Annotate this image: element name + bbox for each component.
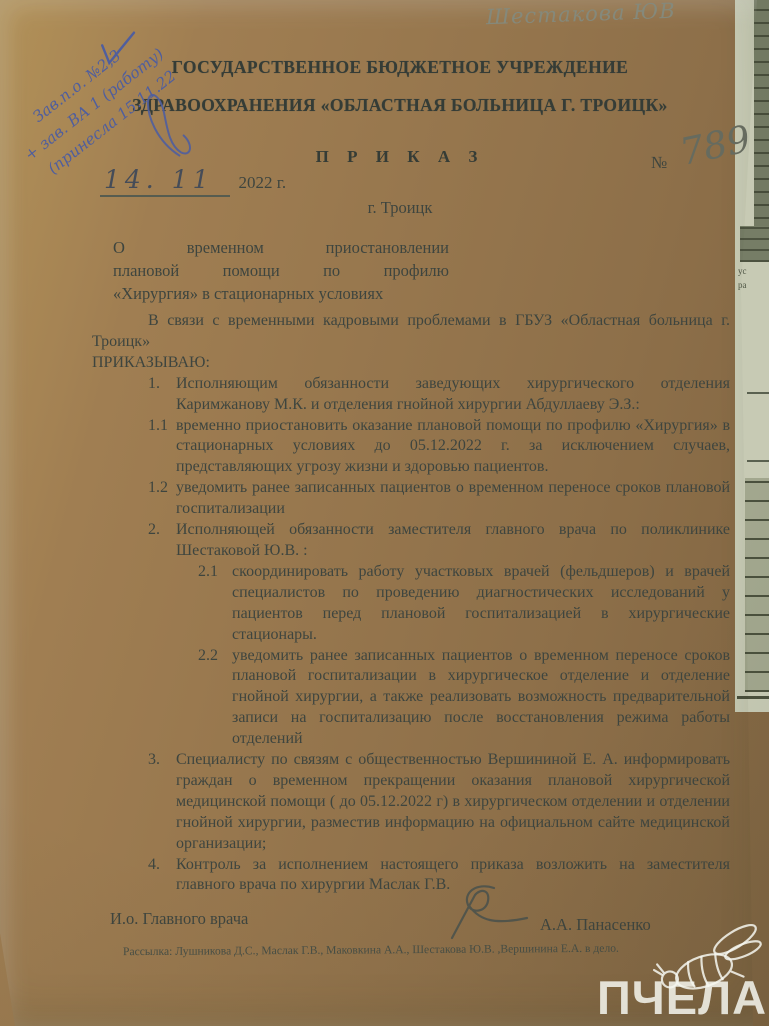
item-number: 1.1 (148, 416, 176, 479)
order-number-label: № (651, 153, 667, 173)
date-row: 14. 11 2022 г. (100, 165, 286, 197)
item-number: 2. (148, 520, 176, 562)
item-number: 1.2 (148, 478, 176, 520)
date-year: 2022 г. (239, 173, 287, 192)
side-document-table-rows (745, 478, 769, 692)
order-item: 1.1 временно приостановить оказание план… (148, 416, 730, 479)
side-document-grid-block (740, 226, 769, 262)
item-text: Исполняющим обязанности заведующих хирур… (176, 374, 730, 416)
margin-checkmark-icon (93, 23, 140, 73)
signature-title: И.о. Главного врача (110, 909, 248, 929)
side-document-rule (747, 392, 769, 394)
item-text: Исполняющей обязанности заместителя глав… (176, 520, 730, 562)
item-text: уведомить ранее записанных пациентов о в… (176, 478, 730, 520)
city-line: г. Троицк (20, 198, 769, 218)
side-document-grid-top (754, 0, 769, 232)
item-number: 2.1 (198, 562, 232, 646)
subject-block: О временном приостановлении плановой пом… (113, 236, 449, 305)
item-number: 1. (148, 374, 176, 416)
subject-line: плановой помощи по профилю (113, 259, 449, 282)
side-document-rule (747, 460, 769, 462)
watermark-text: ПЧЕЛА (597, 970, 767, 1025)
order-item: 1. Исполняющим обязанности заведующих хи… (148, 374, 730, 416)
order-item: 1.2 уведомить ранее записанных пациентов… (148, 478, 730, 520)
order-subitem: 2.1 скоординировать работу участковых вр… (198, 562, 730, 646)
document-page: ГОСУДАРСТВЕННОЕ БЮДЖЕТНОЕ УЧРЕЖДЕНИЕ ЗДР… (0, 0, 769, 1026)
item-text: скоординировать работу участковых врачей… (232, 562, 730, 646)
subject-line: О временном приостановлении (113, 236, 449, 259)
order-item: 2. Исполняющей обязанности заместителя г… (148, 520, 730, 562)
item-number: 2.2 (198, 646, 232, 751)
item-text: временно приостановить оказание плановой… (176, 416, 730, 479)
item-number: 3. (148, 750, 176, 855)
item-number: 4. (148, 855, 176, 897)
order-word: ПРИКАЗЫВАЮ: (92, 353, 730, 374)
date-handwritten: 14. 11 (100, 165, 230, 197)
intro-paragraph: В связи с временными кадровыми проблемам… (92, 311, 730, 353)
item-text: Специалисту по связям с общественностью … (176, 750, 730, 855)
signature-name: А.А. Панасенко (540, 915, 651, 935)
order-item: 3. Специалисту по связям с общественност… (148, 750, 730, 855)
subject-line: «Хирургия» в стационарных условиях (113, 282, 449, 305)
order-subitem: 2.2 уведомить ранее записанных пациентов… (198, 646, 730, 751)
document-body: В связи с временными кадровыми проблемам… (92, 311, 730, 896)
item-text: уведомить ранее записанных пациентов о в… (232, 646, 730, 751)
director-signature-icon (437, 880, 532, 946)
